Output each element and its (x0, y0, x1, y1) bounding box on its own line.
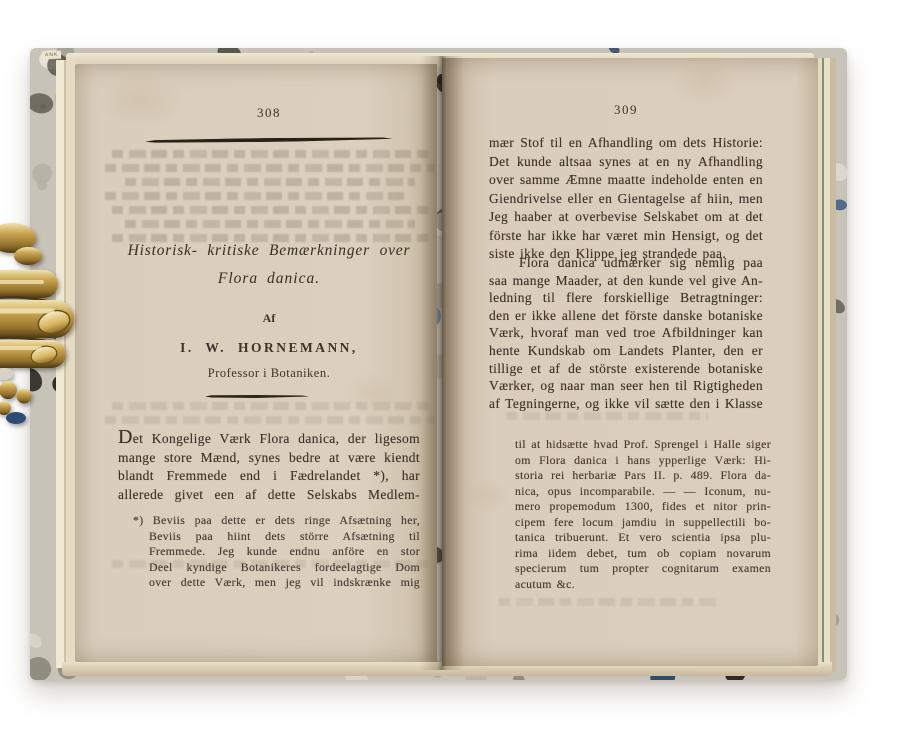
text-line: Flora danica udmærker sig nemlig paa (489, 254, 763, 272)
text-line: over samme Æmne maatte indeholde enten e… (489, 171, 763, 190)
text-line: mær Stof til en Afhandling om dets Histo… (489, 134, 763, 153)
show-through-line (506, 412, 708, 420)
show-through-line (125, 178, 415, 186)
show-through-line (112, 206, 429, 214)
text-line: specierum tum propter cognitarum examen (515, 561, 771, 577)
brass-hand (0, 222, 90, 422)
show-through-line (499, 598, 720, 606)
show-through-line (125, 220, 415, 228)
book-gutter-shadow (420, 56, 464, 670)
text-line: mero propemodum 1300, fides et nitor pri… (515, 499, 771, 515)
show-through-block (105, 150, 435, 248)
page-edges-right (818, 58, 836, 672)
right-paragraph-2: Flora danica udmærker sig nemlig paasaa … (489, 254, 763, 412)
text-line: Beviis paa hiint dets större Afsætning t… (133, 529, 420, 545)
page-number-right: 309 (489, 102, 763, 118)
text-line: Værker, og naar man seer hen til Rigtigh… (489, 377, 763, 395)
left-body-text: Det Kongelige Værk Flora danica, der lig… (118, 428, 420, 504)
heading-line-2: Flora danica. (100, 270, 438, 288)
author-name: I. W. HORNEMANN, (118, 340, 420, 356)
photo-backdrop: ANK 308 Historisk- kritiske Bemærkninger… (0, 0, 900, 739)
text-line: til at hidsætte hvad Prof. Sprengel i Ha… (515, 437, 771, 453)
show-through-block (494, 598, 724, 612)
text-line: nica, opus incomparabile. — — Iconum, nu… (515, 484, 771, 500)
show-through-line (105, 192, 409, 200)
text-line: Fremmede. Jeg kunde endnu anföre en stor (133, 544, 420, 560)
text-line: allerede givet een af dette Selskabs Med… (118, 486, 420, 505)
text-line: rima iidem debet, tum ob copiam novarum (515, 546, 771, 562)
text-line: Deel kyndige Botanikeres fordeelagtige D… (133, 560, 420, 576)
text-line: tillige et af de störste existerende bot… (489, 360, 763, 378)
page-number-left: 308 (118, 105, 420, 121)
right-footnote: til at hidsætte hvad Prof. Sprengel i Ha… (515, 437, 771, 592)
text-line: den er ikke allene det förste danske bot… (489, 307, 763, 325)
edge-stamp-text: ANK (42, 51, 62, 60)
text-line: over dette Værk, men jeg vil indskrænke … (133, 575, 420, 591)
text-line: Det kunde altsaa synes at en ny Afhandli… (489, 153, 763, 172)
heading-line-1: Historisk- kritiske Bemærkninger over (100, 240, 438, 262)
right-paragraph-1: mær Stof til en Afhandling om dets Histo… (489, 134, 763, 264)
article-heading: Historisk- kritiske Bemærkninger over Fl… (100, 240, 438, 288)
section-rule (145, 136, 393, 143)
text-line: tanica tribuerunt. Et vero scientia ipsa… (515, 530, 771, 546)
text-line: Det Kongelige Værk Flora danica, der lig… (118, 428, 420, 449)
text-line: Giendrivelse eller en Gientagelse af hii… (489, 190, 763, 209)
show-through-line (112, 150, 429, 158)
open-book: ANK 308 Historisk- kritiske Bemærkninger… (30, 48, 847, 680)
text-line: storia rei herbariæ Pars II. p. 489. Flo… (515, 468, 771, 484)
left-page: 308 Historisk- kritiske Bemærkninger ove… (75, 64, 437, 662)
text-line: cipem fere locum jamdiu in suppellectili… (515, 515, 771, 531)
right-page: 309 mær Stof til en Afhandling om dets H… (442, 58, 818, 666)
text-line: ledning til flere forskiellige Betragtni… (489, 289, 763, 307)
text-line: Værk, hvoraf man ved troe Afbildninger k… (489, 324, 763, 342)
text-line: om Flora danica i hans ypperlige Værk: H… (515, 453, 771, 469)
show-through-line (105, 164, 435, 172)
text-line: acutum &c. (515, 577, 771, 593)
text-line: *) Beviis paa dette er dets ringe Afsætn… (133, 513, 420, 529)
text-line: Jeg haaber at overbevise Selskabet om at… (489, 208, 763, 227)
text-line: saa mange Maader, at den kunde vel give … (489, 272, 763, 290)
left-footnote: *) Beviis paa dette er dets ringe Afsætn… (133, 513, 420, 591)
text-line: af Tegningerne, og ikke vil sætte den i … (489, 395, 763, 413)
text-line: förste har ikke har været min Hensigt, o… (489, 227, 763, 246)
text-line: hente Kundskab om Landets Planter, den e… (489, 342, 763, 360)
text-line: mange store Mænd, synes bedre at være ki… (118, 449, 420, 468)
show-through-line (112, 402, 429, 410)
show-through-block (502, 412, 712, 426)
show-through-block (105, 402, 435, 430)
text-line: blandt Fremmede end i Fædrelandet *), ha… (118, 467, 420, 486)
show-through-line (105, 416, 435, 424)
byline-af: Af (118, 311, 420, 326)
byline-rule (205, 395, 309, 398)
author-title: Professor i Botaniken. (118, 366, 420, 381)
